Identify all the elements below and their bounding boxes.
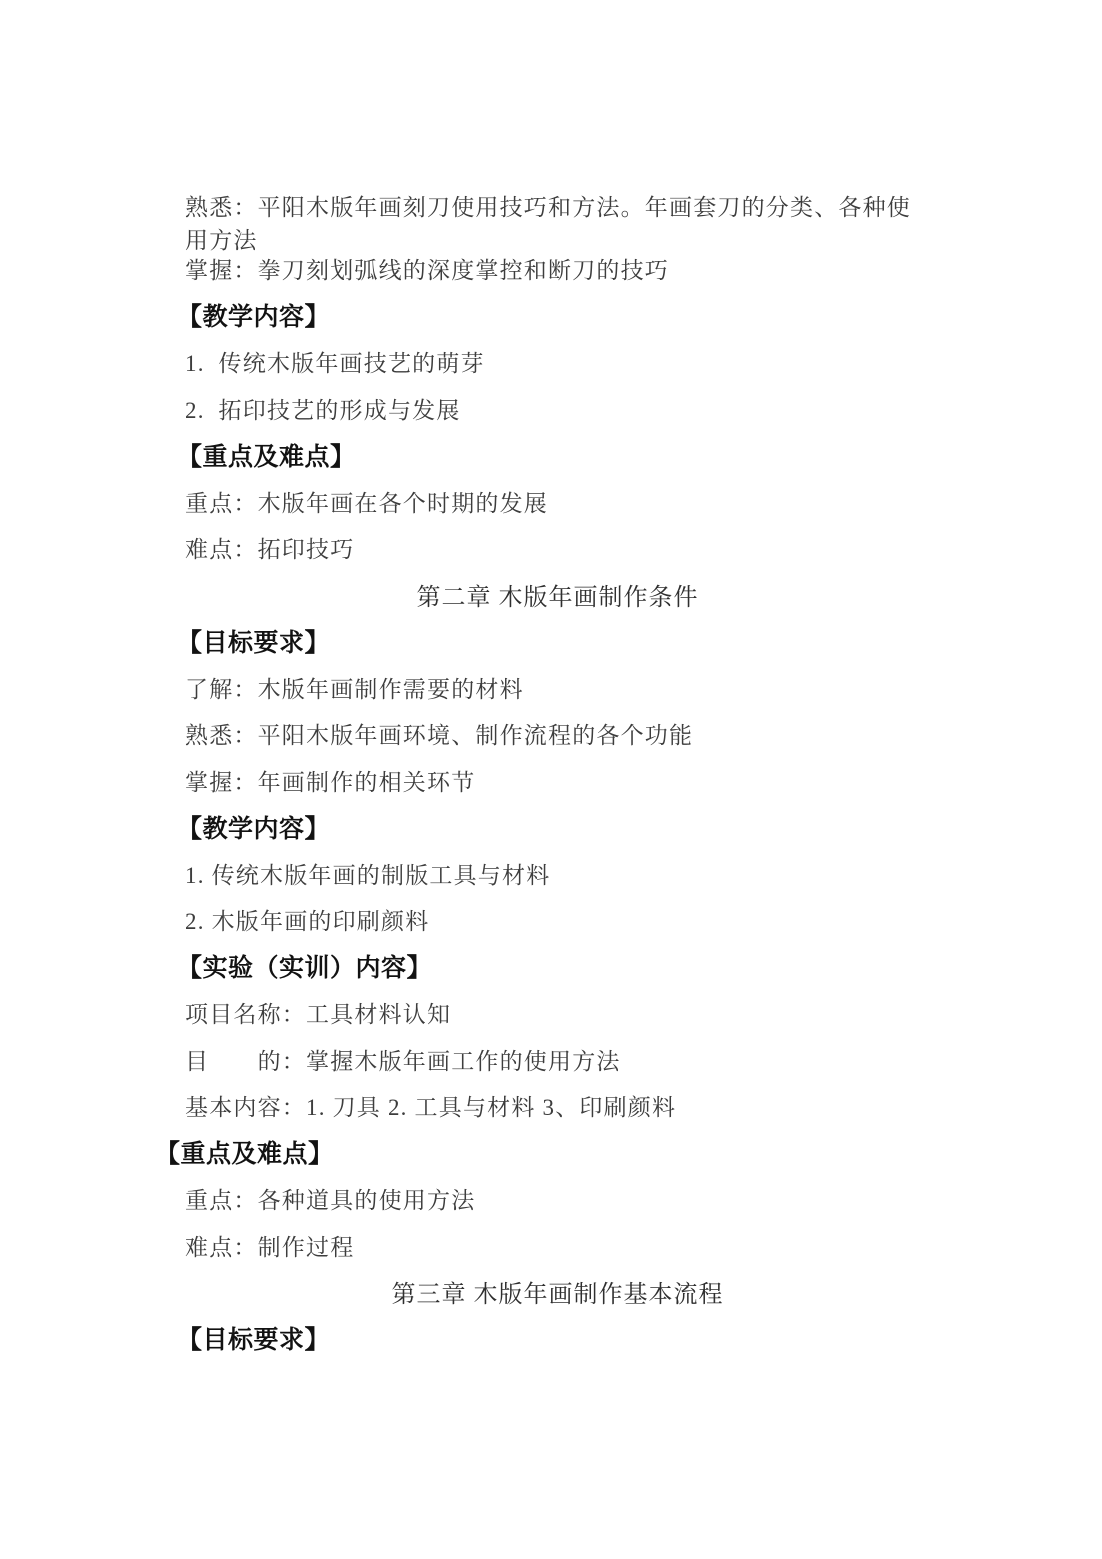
body-line: 熟悉：平阳木版年画环境、制作流程的各个功能 bbox=[185, 711, 930, 758]
body-line: 重点：各种道具的使用方法 bbox=[185, 1176, 930, 1223]
body-line: 项目名称：工具材料认知 bbox=[185, 990, 930, 1037]
body-line: 基本内容：1. 刀具 2. 工具与材料 3、印刷颜料 bbox=[185, 1083, 930, 1130]
document-content: 熟悉：平阳木版年画刻刀使用技巧和方法。年画套刀的分类、各种使用方法 掌握：拳刀刻… bbox=[185, 199, 930, 1362]
section-header: 【教学内容】 bbox=[177, 292, 930, 339]
document-page: 熟悉：平阳木版年画刻刀使用技巧和方法。年画套刀的分类、各种使用方法 掌握：拳刀刻… bbox=[0, 0, 1102, 1559]
body-line: 重点：木版年画在各个时期的发展 bbox=[185, 478, 930, 525]
list-item: 2. 木版年画的印刷颜料 bbox=[185, 897, 930, 944]
section-header: 【重点及难点】 bbox=[177, 432, 930, 479]
section-header: 【实验（实训）内容】 bbox=[177, 943, 930, 990]
list-item: 2. 拓印技艺的形成与发展 bbox=[185, 385, 930, 432]
body-line: 难点：制作过程 bbox=[185, 1222, 930, 1269]
section-header: 【目标要求】 bbox=[177, 618, 930, 665]
section-header: 【教学内容】 bbox=[177, 804, 930, 851]
body-line: 掌握：年画制作的相关环节 bbox=[185, 757, 930, 804]
chapter-heading: 第三章 木版年画制作基本流程 bbox=[185, 1269, 930, 1316]
body-line: 难点：拓印技巧 bbox=[185, 525, 930, 572]
section-header: 【重点及难点】 bbox=[155, 1129, 930, 1176]
body-line: 目 的：掌握木版年画工作的使用方法 bbox=[185, 1036, 930, 1083]
body-line: 了解：木版年画制作需要的材料 bbox=[185, 664, 930, 711]
chapter-heading: 第二章 木版年画制作条件 bbox=[185, 571, 930, 618]
list-item: 1. 传统木版年画的制版工具与材料 bbox=[185, 850, 930, 897]
list-item: 1. 传统木版年画技艺的萌芽 bbox=[185, 339, 930, 386]
section-header: 【目标要求】 bbox=[177, 1315, 930, 1362]
body-line: 熟悉：平阳木版年画刻刀使用技巧和方法。年画套刀的分类、各种使用方法 bbox=[185, 199, 930, 246]
